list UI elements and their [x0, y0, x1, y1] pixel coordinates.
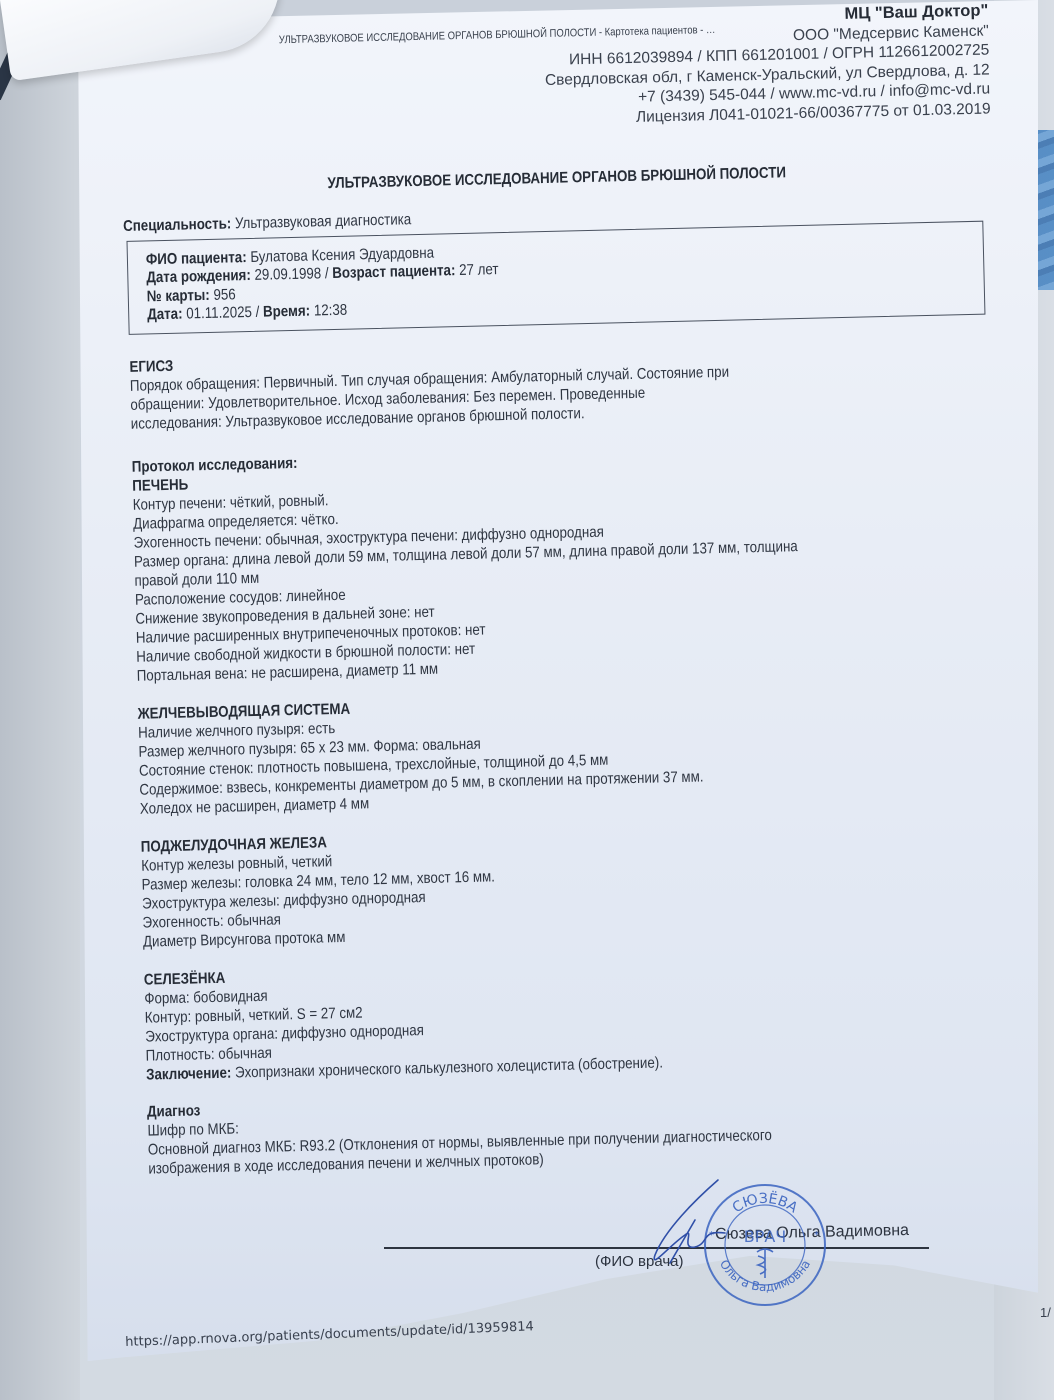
egisz-heading: ЕГИСЗ — [129, 357, 173, 377]
organ-section: СЕЛЕЗЁНКАФорма: бобовиднаяКонтур: ровный… — [144, 952, 918, 1065]
visit-time: 12:38 — [314, 302, 348, 320]
protocol-heading: Протокол исследования: — [132, 454, 298, 477]
svg-text:ВРАЧ: ВРАЧ — [744, 1227, 787, 1246]
page-number: 1/ — [1040, 1305, 1051, 1320]
svg-text:СЮЗЁВА: СЮЗЁВА — [730, 1189, 801, 1217]
organ-section: ПЕЧЕНЬКонтур печени: чёткий, ровный.Диаф… — [132, 459, 909, 686]
visit-date: 01.11.2025 — [186, 304, 252, 323]
diagnosis-heading: Диагноз — [147, 1101, 201, 1121]
patient-dob: 29.09.1998 — [254, 265, 321, 284]
protocol-section: Протокол исследования: ПЕЧЕНЬКонтур пече… — [132, 440, 921, 1179]
organ-heading: СЕЛЕЗЁНКА — [144, 969, 226, 990]
svg-text:*: * — [814, 1230, 819, 1241]
organ-section: ПОДЖЕЛУДОЧНАЯ ЖЕЛЕЗАКонтур железы ровный… — [141, 820, 915, 952]
desk-background-left — [0, 0, 80, 1400]
card-number: 956 — [213, 286, 236, 304]
organization-block: МЦ "Ваш Доктор" ООО "Медсервис Каменск" … — [543, 0, 991, 129]
conclusion-label: Заключение: — [146, 1065, 232, 1084]
organ-section: ЖЕЛЧЕВЫВОДЯЩАЯ СИСТЕМАНаличие желчного п… — [137, 687, 911, 819]
caduceus-icon — [757, 1249, 773, 1278]
specialty-value: Ультразвуковая диагностика — [235, 211, 412, 232]
specialty-label: Специальность: — [123, 215, 232, 235]
patient-age: 27 лет — [459, 261, 499, 279]
organ-heading: ПЕЧЕНЬ — [132, 475, 188, 495]
handwritten-signature — [640, 1175, 740, 1275]
